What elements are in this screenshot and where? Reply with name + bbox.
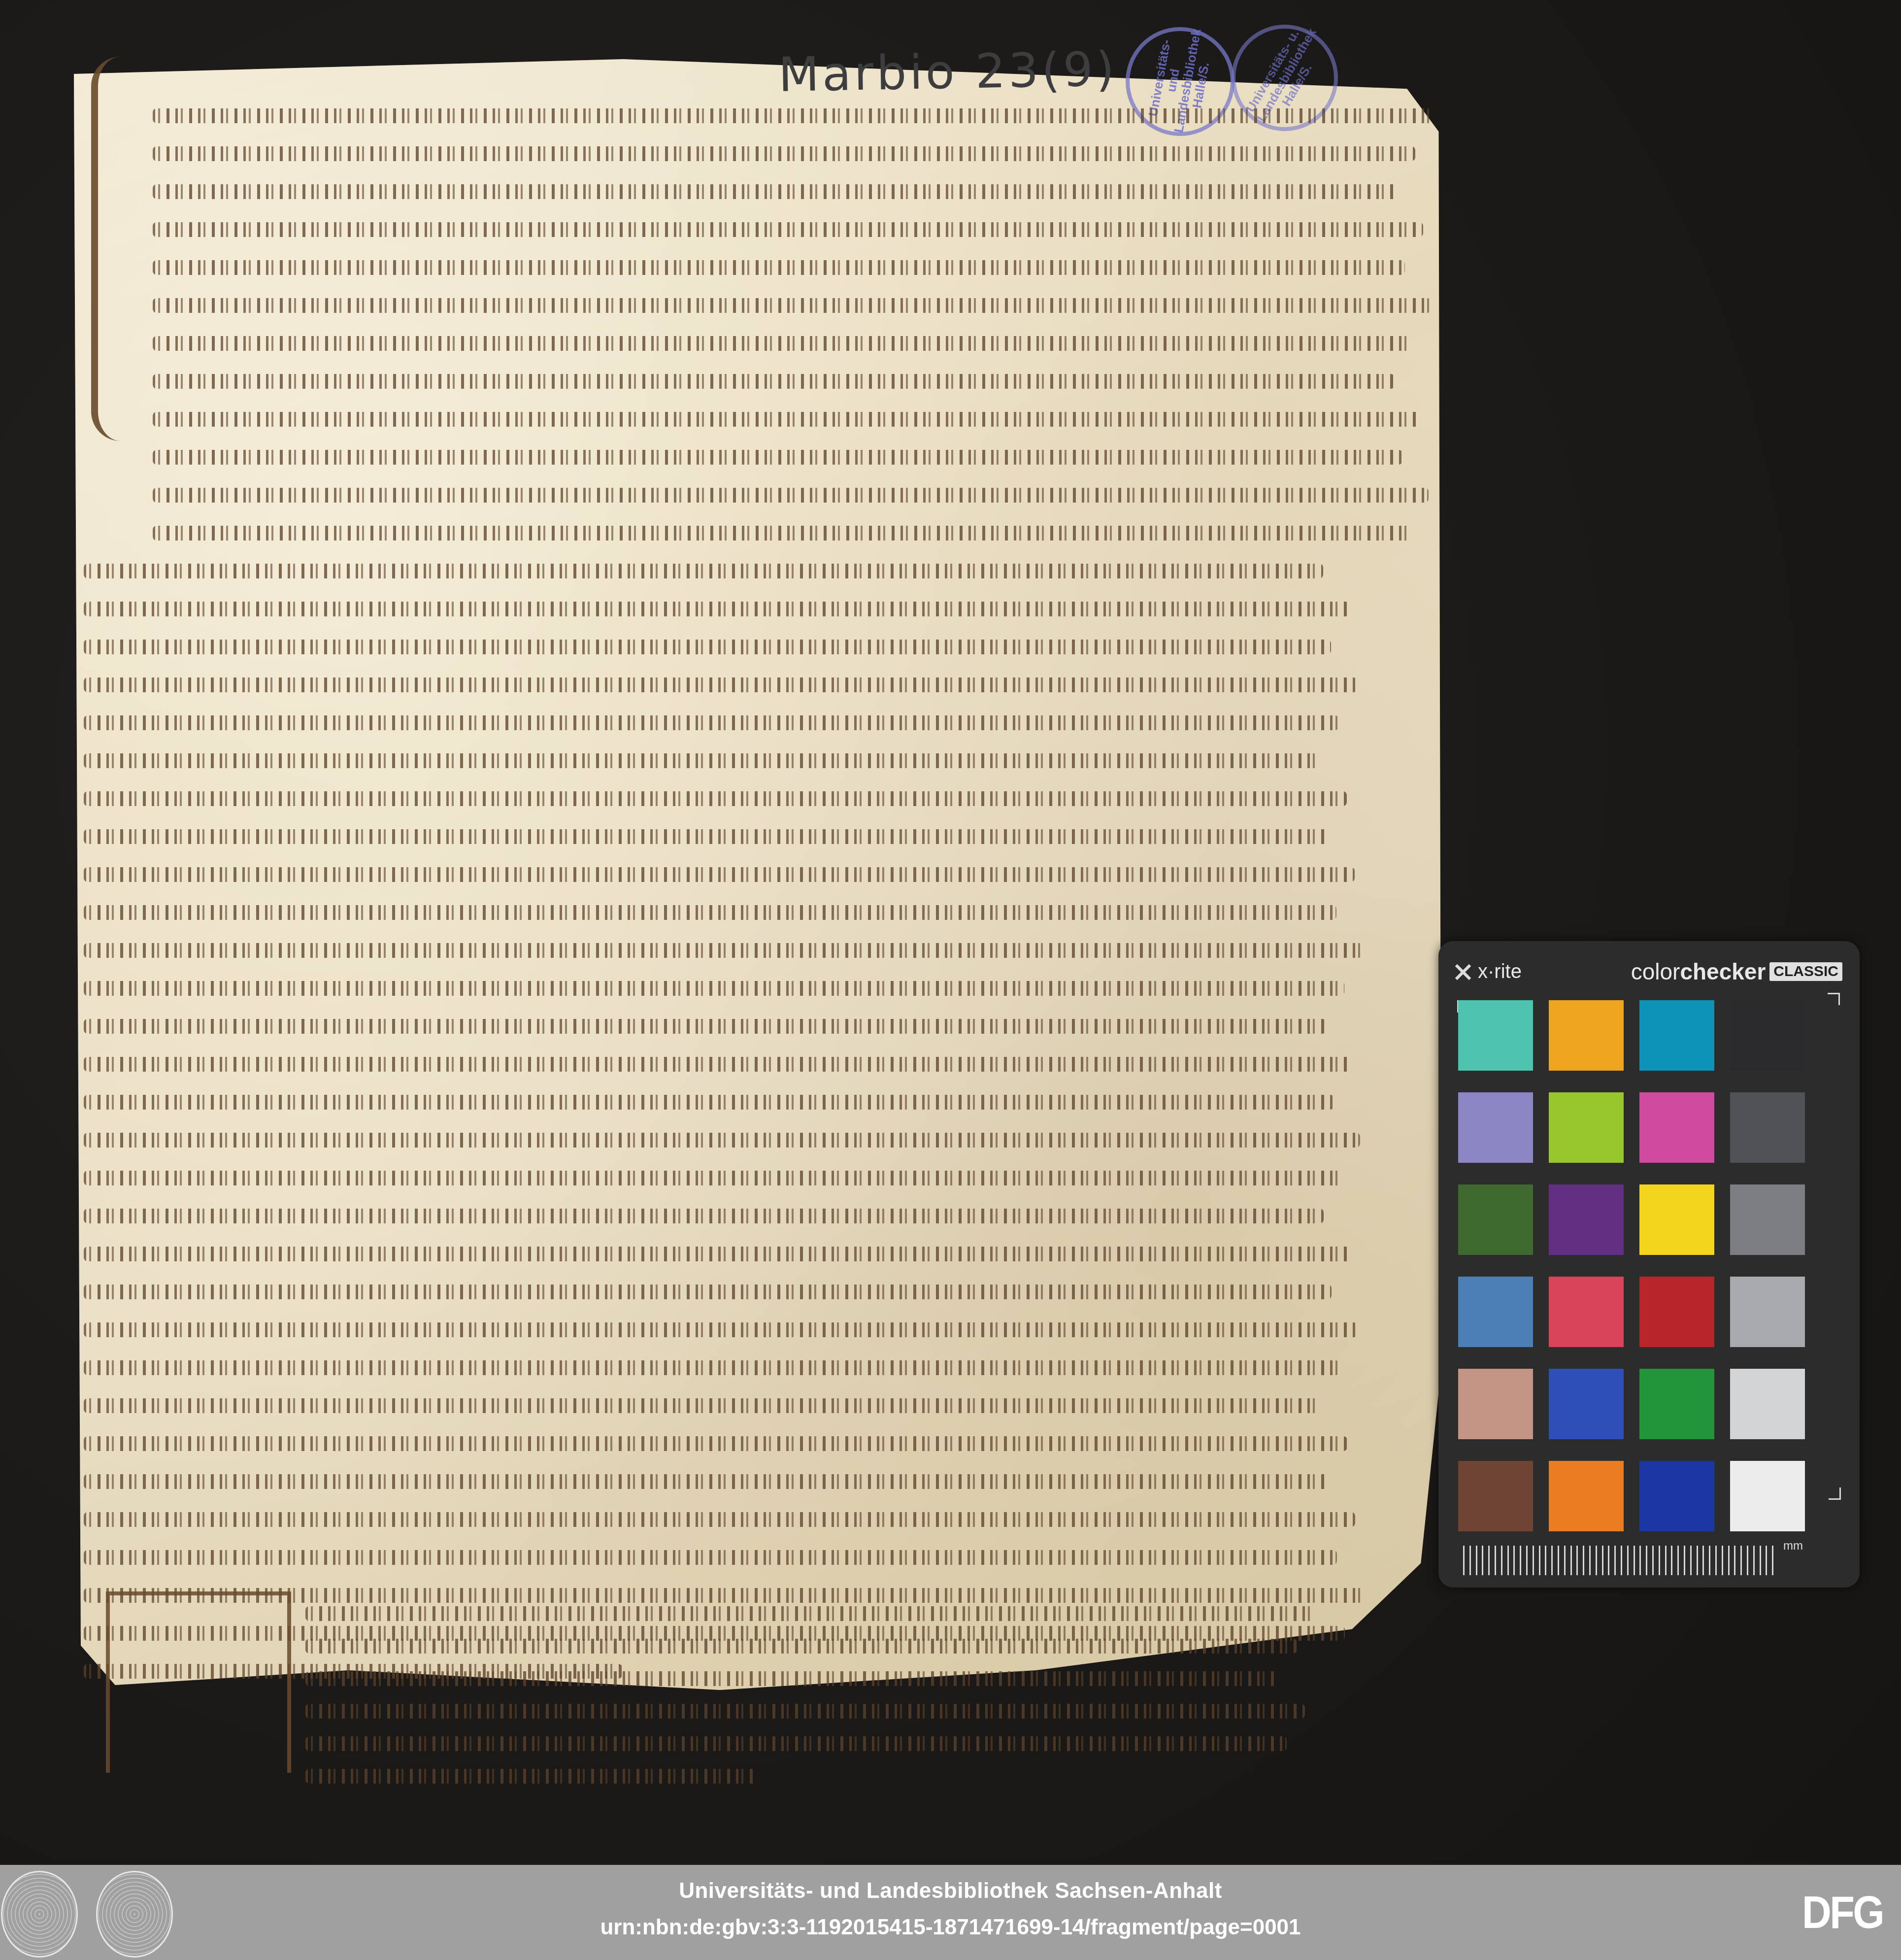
handwritten-text [84,1550,1337,1565]
xrite-brand: x·rite [1453,961,1522,983]
notary-subscription [305,1596,1365,1791]
manuscript-line [84,1085,1404,1115]
handwritten-text [305,1704,1305,1719]
handwritten-text [84,791,1347,806]
manuscript-line [84,402,1404,432]
manuscript-line [84,516,1404,545]
handwritten-text [153,184,1397,199]
handwritten-text [84,640,1331,654]
manuscript-line [84,478,1404,507]
manuscript-line [84,99,1404,128]
manuscript-line [84,857,1404,887]
handwritten-text [84,1133,1360,1148]
handwritten-text [153,108,1434,123]
color-patch [1458,1369,1533,1439]
xrite-logo-icon [1453,962,1473,982]
handwritten-text [153,146,1415,161]
manuscript-line [84,1502,1404,1532]
manuscript-line [305,1759,1365,1785]
color-patch [1639,1184,1714,1255]
manuscript-line [84,630,1404,659]
color-patch [1549,1461,1624,1531]
manuscript-line [84,1426,1404,1456]
handwritten-text [84,1398,1321,1413]
manuscript-line [84,781,1404,811]
color-patch [1639,1461,1714,1531]
footer-band: Universitäts- und Landesbibliothek Sachs… [0,1865,1901,1960]
color-patch [1639,1092,1714,1163]
manuscript-line [305,1596,1365,1622]
manuscript-line [84,743,1404,773]
handwritten-text [84,564,1323,578]
handwritten-text [84,1474,1329,1489]
ruler-unit: mm [1783,1539,1803,1553]
handwritten-text [84,1512,1355,1527]
manuscript-line [84,136,1404,166]
manuscript-line [84,1123,1404,1152]
color-patch [1458,1000,1533,1071]
color-patch [1549,1000,1624,1071]
dfg-logo: DFG [1802,1887,1883,1939]
manuscript-line [84,174,1404,204]
manuscript-line [84,1388,1404,1418]
handwritten-text [153,374,1395,389]
handwritten-text [84,1209,1324,1223]
color-patch [1549,1277,1624,1347]
classic-badge: CLASSIC [1769,962,1842,981]
handwritten-text [305,1736,1287,1751]
product-name: color checker CLASSIC [1631,958,1842,985]
color-patch [1639,1000,1714,1071]
manuscript-line [84,1540,1404,1570]
manuscript-line [305,1726,1365,1752]
handwritten-text [84,1322,1358,1337]
handwritten-text [84,943,1363,958]
notary-sign [106,1591,291,1773]
color-patch [1458,1461,1533,1531]
handwritten-text [84,1284,1332,1299]
color-patch [1458,1092,1533,1163]
shelfmark-label: Marbio 23(9) [778,41,1118,102]
handwritten-text [84,715,1339,730]
manuscript-line [84,440,1404,470]
manuscript-line [84,1009,1404,1039]
handwritten-text [305,1639,1297,1654]
manuscript-line [84,1237,1404,1266]
manuscript-line [84,326,1404,356]
manuscript-line [84,971,1404,1001]
manuscript-line [305,1661,1365,1687]
handwritten-text [305,1769,758,1784]
manuscript-line [305,1629,1365,1655]
handwritten-text [84,905,1336,920]
color-patch-grid [1458,1000,1835,1531]
color-patch [1549,1092,1624,1163]
manuscript-line [84,1351,1404,1380]
handwritten-text [153,336,1413,351]
color-patch [1730,1369,1805,1439]
color-patch [1730,1461,1805,1531]
handwritten-text [84,602,1349,616]
manuscript-line [84,1047,1404,1077]
handwritten-text [84,1095,1334,1110]
manuscript-line [84,1464,1404,1494]
manuscript-line [84,1275,1404,1304]
manuscript-line [305,1694,1365,1720]
handwritten-text [153,222,1423,237]
color-patch [1639,1369,1714,1439]
manuscript-line [84,250,1404,280]
institution-name: Universitäts- und Landesbibliothek Sachs… [0,1879,1901,1903]
color-patch [1730,1277,1805,1347]
handwritten-text [84,1171,1342,1185]
manuscript-line [84,554,1404,583]
handwritten-text [84,981,1344,996]
handwritten-text [84,867,1355,882]
manuscript-line [84,1313,1404,1342]
color-patch [1549,1369,1624,1439]
handwritten-text [84,1019,1326,1034]
handwritten-text [153,450,1402,465]
handwritten-text [84,1436,1347,1451]
manuscript-line [84,212,1404,242]
manuscript-line [84,592,1404,621]
color-checker-card: x·rite color checker CLASSIC mm [1438,941,1860,1588]
color-patch [1458,1184,1533,1255]
handwritten-text [153,260,1405,275]
mm-ruler [1463,1546,1778,1575]
handwritten-text [84,677,1357,692]
manuscript-line [84,1199,1404,1228]
manuscript-line [84,819,1404,849]
handwritten-text [305,1671,1279,1686]
color-patch [1730,1000,1805,1071]
handwritten-text [153,526,1410,541]
handwritten-text [84,829,1329,844]
handwritten-text [153,412,1421,427]
manuscript-line [84,1161,1404,1190]
urn-identifier: urn:nbn:de:gbv:3:3-1192015415-1871471699… [0,1915,1901,1940]
manuscript-line [84,895,1404,925]
manuscript-body [84,99,1404,1692]
handwritten-text [84,1247,1350,1261]
manuscript-line [84,288,1404,318]
handwritten-text [84,1057,1352,1072]
color-patch [1639,1277,1714,1347]
color-patch [1730,1184,1805,1255]
handwritten-text [84,753,1321,768]
manuscript-line [84,364,1404,394]
color-patch [1549,1184,1624,1255]
color-patch [1730,1092,1805,1163]
handwritten-text [153,298,1431,313]
handwritten-text [84,1360,1339,1375]
manuscript-line [84,668,1404,697]
color-patch [1458,1277,1533,1347]
manuscript-line [84,933,1404,963]
handwritten-text [305,1606,1315,1621]
handwritten-text [153,488,1429,503]
manuscript-line [84,706,1404,735]
brand-name: x·rite [1478,961,1522,983]
